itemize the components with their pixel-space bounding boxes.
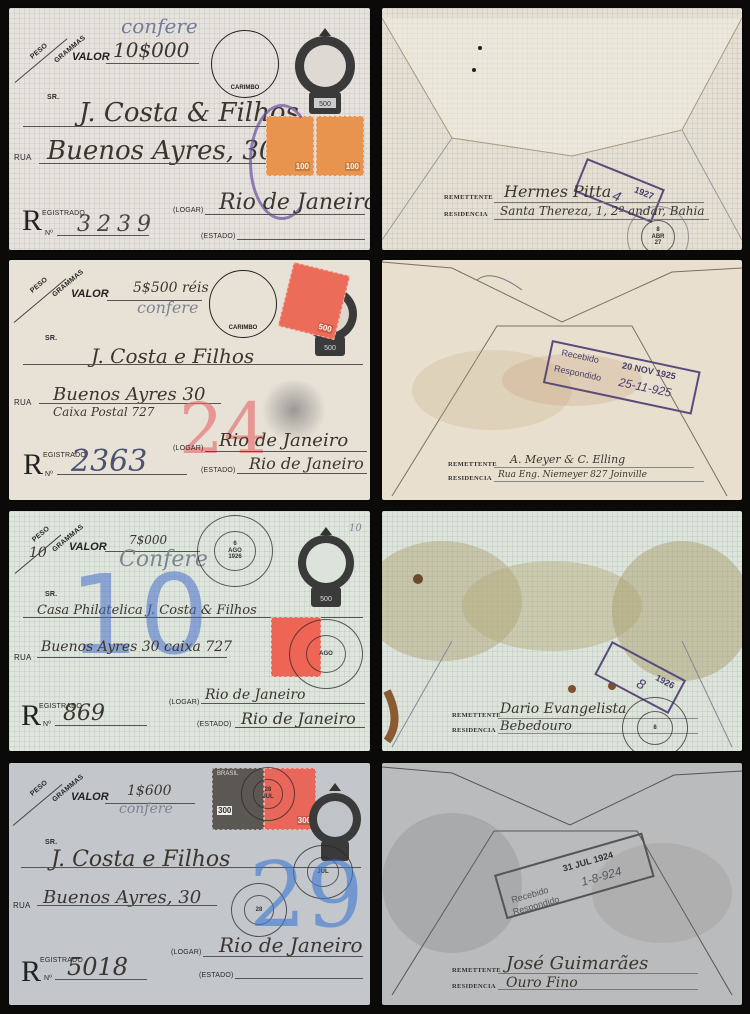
- sender-name: Hermes Pitta: [504, 182, 611, 201]
- city: Rio de Janeiro: [219, 430, 348, 451]
- street-address: Buenos Ayres 30 caixa 727: [41, 639, 232, 655]
- bebedouro-postmark-on-stamp: AGO: [289, 619, 363, 689]
- logar-label: (LOGAR): [169, 699, 200, 706]
- no-label: Nº: [44, 975, 52, 982]
- logar-label: (LOGAR): [171, 949, 202, 956]
- sr-label: SR.: [45, 839, 57, 846]
- registered-r: R: [21, 699, 41, 733]
- remettente-label: REMETTENTE: [444, 194, 493, 201]
- sr-label: SR.: [45, 335, 57, 342]
- estado-line: [235, 978, 363, 979]
- jul-postmark: 28JUL: [241, 767, 295, 821]
- sr-label: SR.: [45, 591, 57, 598]
- sr-label: SR.: [47, 94, 59, 101]
- confere-note: confere: [137, 298, 198, 317]
- rua-label: RUA: [14, 153, 32, 162]
- carimbo-circle: CARIMBO: [211, 30, 279, 98]
- no-label: Nº: [43, 721, 51, 728]
- estado-label: (ESTADO): [199, 972, 234, 979]
- residencia-line: [498, 989, 698, 990]
- estado-label: (ESTADO): [201, 233, 236, 240]
- envelope-3-back: 19268 REMETTENTE Dario Evangelista RESID…: [382, 511, 742, 751]
- svg-text:500: 500: [320, 596, 332, 603]
- valor-value: 10$000: [113, 38, 189, 62]
- street-line: [37, 657, 227, 658]
- sender-address: Rua Eng. Niemeyer 827 Joinville: [498, 470, 647, 480]
- registered-r: R: [22, 204, 42, 238]
- state: Rio de Janeiro: [241, 709, 356, 728]
- svg-text:500: 500: [319, 101, 331, 108]
- state: Rio de Janeiro: [249, 454, 364, 473]
- street-line: [39, 163, 269, 164]
- envelope-4-front: PESO GRAMMAS VALOR 1$600 confere 300BRAS…: [9, 763, 370, 1005]
- peso-label: PESO: [31, 525, 51, 543]
- residencia-line: [494, 481, 704, 482]
- residencia-label: RESIDENCIA: [448, 475, 492, 482]
- registration-number: 3239: [77, 212, 157, 237]
- no-label: Nº: [45, 230, 53, 237]
- remettente-line: [494, 202, 704, 203]
- confere-note: confere: [121, 14, 198, 38]
- envelope-3-front: PESO GRAMMAS 10 VALOR 7$000 Confere 6AGO…: [9, 511, 370, 751]
- sender-name: A. Meyer & C. Elling: [510, 453, 625, 466]
- svg-text:500: 500: [324, 345, 336, 352]
- residencia-label: RESIDENCIA: [452, 983, 496, 990]
- remettente-label: REMETTENTE: [452, 712, 501, 719]
- registration-line: [55, 725, 147, 726]
- postal-indicia: 500: [293, 525, 359, 611]
- stamp-100-reis-2: 100: [316, 116, 364, 176]
- estado-line: [237, 239, 365, 240]
- residencia-label: RESIDENCIA: [444, 211, 488, 218]
- remettente-line: [494, 467, 694, 468]
- confere-note: confere: [119, 801, 173, 817]
- estado-line: [237, 473, 367, 474]
- peso-label: PESO: [29, 276, 49, 294]
- logar-line: [205, 451, 367, 452]
- street-line: [37, 905, 217, 906]
- envelope-4-back: Recebido31 JUL 1924Respondido1-8-924 REM…: [382, 763, 742, 1005]
- carimbo-label: CARIMBO: [210, 325, 276, 331]
- peso-label: PESO: [29, 779, 49, 797]
- envelope-2-back: Recebido20 NOV 1925Respondido25-11-925 R…: [382, 260, 742, 500]
- remettente-label: REMETTENTE: [452, 967, 501, 974]
- blue-mark: 10: [69, 551, 209, 679]
- envelope-1-front: PESO GRAMMAS confere VALOR 10$000 CARIMB…: [9, 8, 370, 250]
- sender-address: Bebedouro: [500, 719, 572, 734]
- rua-label: RUA: [13, 901, 31, 910]
- arrival-postmark: 8: [622, 697, 688, 751]
- city: Rio de Janeiro: [219, 933, 363, 957]
- sender-name: José Guimarães: [506, 953, 648, 974]
- po-box: Caixa Postal 727: [53, 405, 154, 419]
- registration-number: 869: [63, 701, 105, 726]
- logar-label: (LOGAR): [173, 207, 204, 214]
- peso-label: PESO: [29, 42, 49, 60]
- logar-label: (LOGAR): [173, 445, 204, 452]
- envelope-1-back: 19274 REMETTENTE Hermes Pitta RESIDENCIA…: [382, 8, 742, 250]
- registration-line: [57, 235, 149, 236]
- logar-line: [201, 703, 365, 704]
- registration-line: [57, 474, 187, 475]
- registered-r: R: [21, 955, 41, 989]
- valor-value: 5$500 réis: [133, 280, 209, 296]
- addressee-name: J. Costa e Filhos: [51, 847, 230, 872]
- estado-label: (ESTADO): [201, 467, 236, 474]
- carimbo-circle: CARIMBO: [209, 270, 277, 338]
- valor-label: VALOR: [71, 791, 109, 803]
- registration-number: 5018: [67, 953, 128, 981]
- registration-line: [55, 979, 147, 980]
- estado-label: (ESTADO): [197, 721, 232, 728]
- addressee-line: [23, 364, 363, 365]
- street-address: Buenos Ayres, 30: [47, 136, 275, 166]
- valor-line: [106, 63, 199, 64]
- remettente-line: [498, 973, 698, 974]
- rua-label: RUA: [14, 398, 32, 407]
- addressee-line: [23, 126, 273, 127]
- remettente-label: REMETTENTE: [448, 461, 497, 468]
- city: Rio de Janeiro: [219, 190, 370, 215]
- postal-indicia: 500: [289, 26, 361, 118]
- corner-mark: 10: [349, 523, 362, 534]
- valor-value: 7$000: [129, 533, 167, 547]
- registered-r: R: [23, 448, 43, 482]
- envelope-2-front: PESO GRAMMAS VALOR 5$500 réis confere CA…: [9, 260, 370, 500]
- rua-label: RUA: [14, 653, 32, 662]
- city: Rio de Janeiro: [205, 687, 305, 703]
- logar-line: [205, 214, 365, 215]
- residencia-label: RESIDENCIA: [452, 727, 496, 734]
- valor-value: 1$600: [127, 783, 172, 799]
- logar-line: [203, 956, 363, 957]
- carimbo-label: CARIMBO: [212, 85, 278, 91]
- valor-label: VALOR: [72, 51, 110, 63]
- estado-line: [235, 727, 365, 728]
- valor-label: VALOR: [71, 288, 109, 300]
- sender-name: Dario Evangelista: [500, 701, 626, 717]
- no-label: Nº: [45, 471, 53, 478]
